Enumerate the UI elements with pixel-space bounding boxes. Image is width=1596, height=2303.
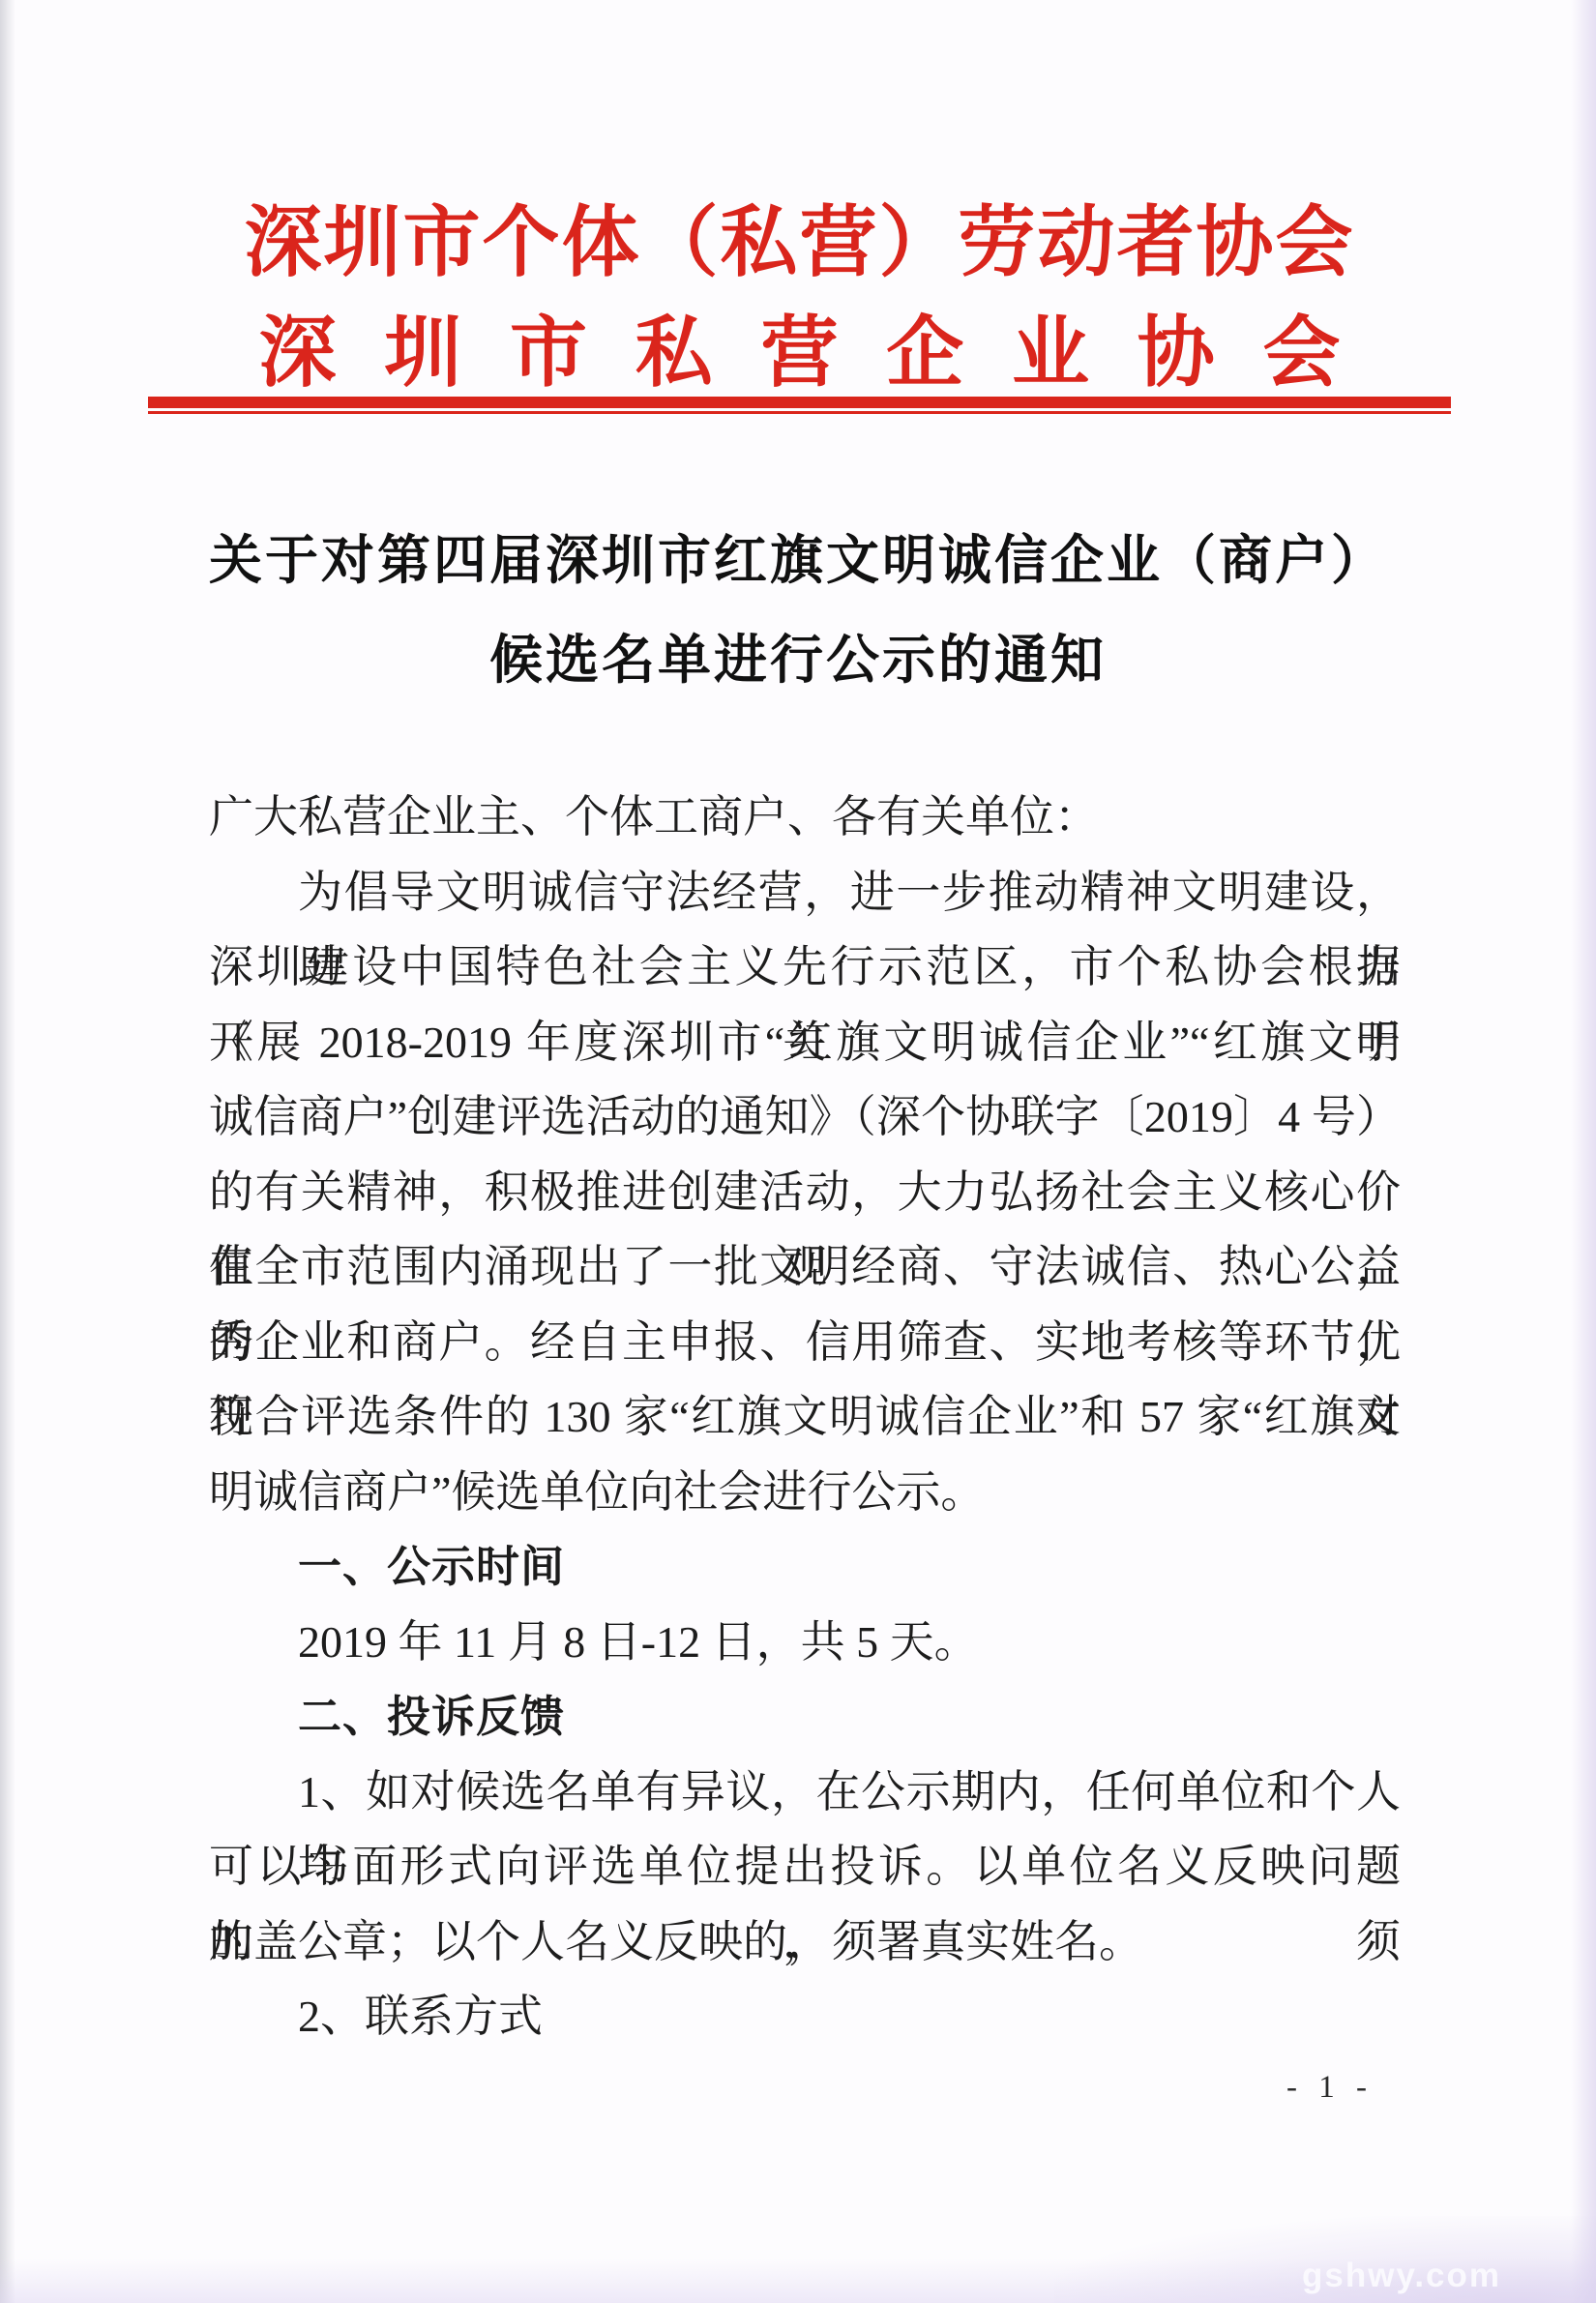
scan-edge-left: [0, 0, 15, 2303]
section-heading: 二、投诉反馈: [209, 1679, 1401, 1755]
association-name-char: 私: [635, 304, 713, 404]
body-line: 符合评选条件的 130 家“红旗文明诚信企业”和 57 家“红旗文: [209, 1379, 1401, 1455]
association-name-char: 会: [1263, 304, 1341, 404]
scanned-document-page: 深圳市个体（私营）劳动者协会 深圳市私营企业协会 关于对第四届深圳市红旗文明诚信…: [0, 0, 1596, 2303]
association-name-char: 圳: [384, 304, 461, 404]
body-line: 2019 年 11 月 8 日-12 日，共 5 天。: [209, 1605, 1401, 1680]
section-heading: 一、公示时间: [209, 1529, 1401, 1605]
watermark-text: gshwy.com: [1302, 2257, 1501, 2295]
document-title: 关于对第四届深圳市红旗文明诚信企业（商户） 候选名单进行公示的通知: [0, 511, 1596, 710]
body-line: 可以书面形式向评选单位提出投诉。以单位名义反映问题的，须: [209, 1829, 1401, 1904]
association-name-char: 深: [259, 304, 337, 404]
body-line: 的有关精神，积极推进创建活动，大力弘扬社会主义核心价值观，: [209, 1155, 1401, 1230]
association-name-primary: 深圳市个体（私营）劳动者协会: [148, 190, 1451, 298]
letterhead: 深圳市个体（私营）劳动者协会 深圳市私营企业协会: [148, 190, 1451, 404]
divider-thick-bar: [148, 397, 1451, 408]
divider-thin-bar: [148, 411, 1451, 414]
page-number: - 1 -: [1286, 2070, 1374, 2106]
scan-edge-right: [1571, 0, 1596, 2303]
association-name-char: 营: [761, 304, 839, 404]
body-line: 1、如对候选名单有异议，在公示期内，任何单位和个人均: [209, 1755, 1401, 1830]
body-line: 广大私营企业主、个体工商户、各有关单位：: [209, 780, 1401, 855]
association-name-char: 市: [510, 304, 587, 404]
body-text-column: 广大私营企业主、个体工商户、各有关单位：为倡导文明诚信守法经营，进一步推动精神文…: [209, 780, 1401, 2054]
letterhead-divider-rule: [148, 397, 1451, 414]
document-title-line1: 关于对第四届深圳市红旗文明诚信企业（商户）: [0, 511, 1596, 610]
document-title-line2: 候选名单进行公示的通知: [0, 610, 1596, 710]
body-line: 深圳建设中国特色社会主义先行示范区，市个私协会根据《关于: [209, 930, 1401, 1005]
body-line: 秀企业和商户。经自主申报、信用筛查、实地考核等环节，现对: [209, 1305, 1401, 1380]
association-name-char: 业: [1012, 304, 1089, 404]
association-name-char: 企: [886, 304, 963, 404]
association-name-char: 协: [1138, 304, 1215, 404]
body-line: 明诚信商户”候选单位向社会进行公示。: [209, 1455, 1401, 1530]
body-line: 开展 2018-2019 年度深圳市“红旗文明诚信企业”“红旗文明: [209, 1005, 1401, 1080]
body-line: 2、联系方式: [209, 1979, 1401, 2054]
body-line: 在全市范围内涌现出了一批文明经商、守法诚信、热心公益的优: [209, 1229, 1401, 1305]
body-line: 诚信商户”创建评选活动的通知》（深个协联字〔2019〕4 号）: [209, 1079, 1401, 1155]
association-name-secondary: 深圳市私营企业协会: [259, 304, 1341, 404]
body-line: 为倡导文明诚信守法经营，进一步推动精神文明建设，助力: [209, 855, 1401, 930]
